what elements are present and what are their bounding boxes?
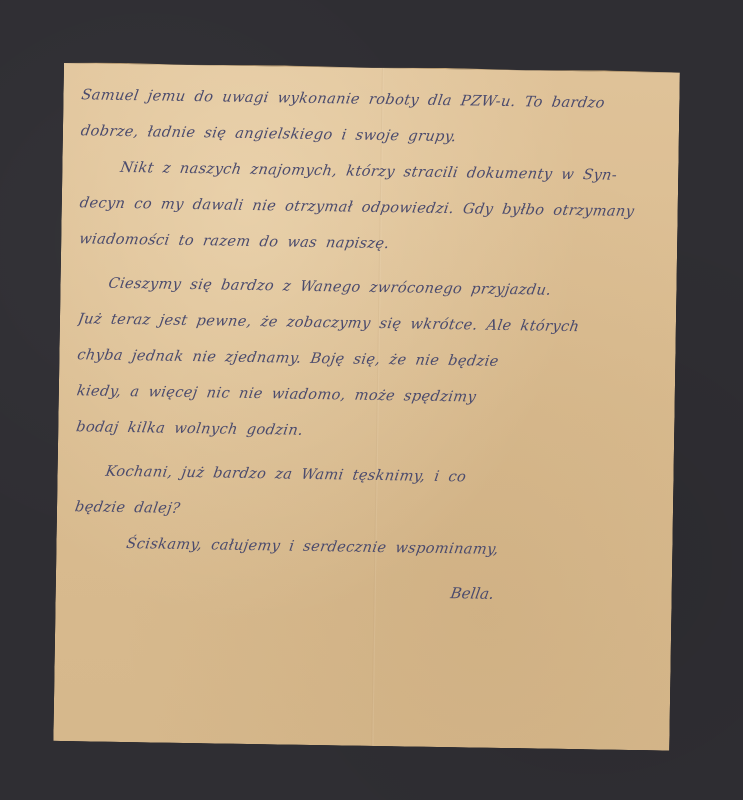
letter-paper: Samuel jemu do uwagi wykonanie roboty dl…: [53, 62, 680, 751]
signature: Bella.: [449, 584, 495, 603]
letter-body: Samuel jemu do uwagi wykonanie roboty dl…: [74, 77, 672, 570]
